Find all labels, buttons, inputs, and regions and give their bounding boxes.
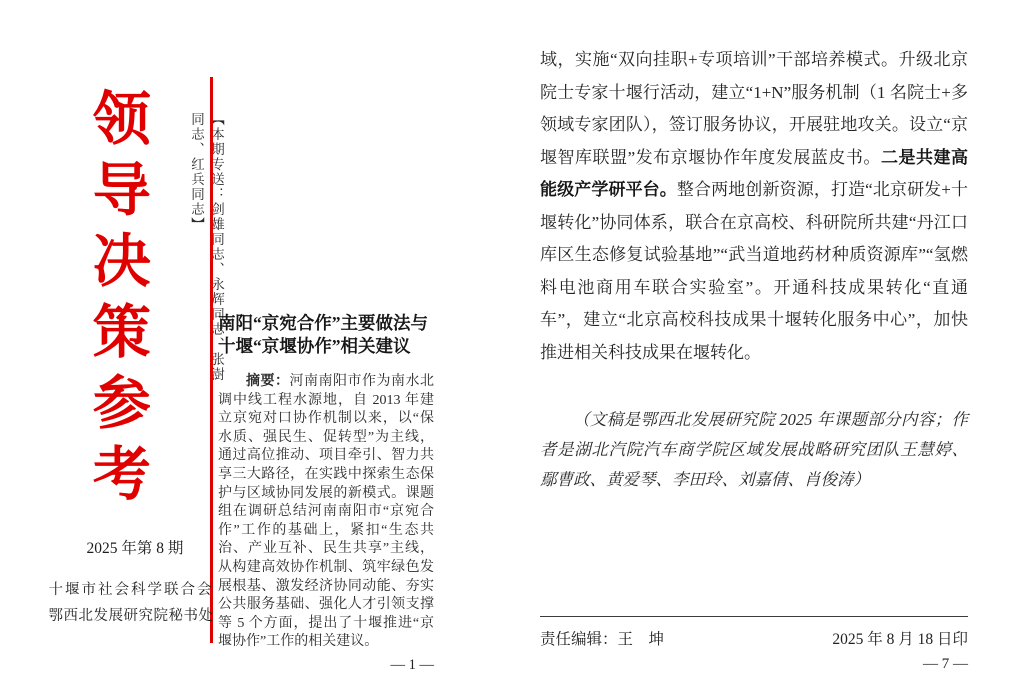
print-date: 2025 年 8 月 18 日印 — [832, 627, 968, 649]
article-title: 南阳“京宛合作”主要做法与 十堰“京堰协作”相关建议 — [218, 312, 434, 358]
publisher-block: 十堰市社会科学联合会 鄂西北发展研究院秘书处 — [42, 577, 220, 629]
publisher-line-2: 鄂西北发展研究院秘书处 — [42, 603, 220, 629]
article-column: 南阳“京宛合作”主要做法与 十堰“京堰协作”相关建议 摘要：河南南阳市作为南水北… — [218, 312, 434, 674]
vertical-divider-rule — [210, 77, 213, 643]
article-title-line-1: 南阳“京宛合作”主要做法与 — [218, 313, 428, 333]
abstract-label: 摘要： — [246, 374, 290, 389]
document-spread: 领导决策参考 【本期专送：剑雄同志、永辉同志、张澍同志、红兵同志】 2025 年… — [0, 0, 1013, 689]
article-title-line-2: 十堰“京堰协作”相关建议 — [218, 336, 411, 356]
editor-credit: 责任编辑：王 坤 — [540, 627, 664, 649]
text-run: 整合两地创新资源，打造“北京研发+十堰转化”协同体系，联合在京高校、科研院所共建… — [540, 180, 968, 362]
right-text-column: 域，实施“双向挂职+专项培训”干部培养模式。升级北京院士专家十堰行活动，建立“1… — [540, 44, 968, 495]
issue-number: 2025 年第 8 期 — [55, 536, 215, 558]
abstract-text: 河南南阳市作为南水北调中线工程水源地，自 2013 年建立京宛对口协作机制以来，… — [218, 374, 434, 649]
closing-note: （文稿是鄂西北发展研究院 2025 年课题部分内容；作者是湖北汽院汽车商学院区域… — [540, 405, 968, 495]
left-page-number: — 1 — — [218, 657, 434, 674]
footer-row: 责任编辑：王 坤 2025 年 8 月 18 日印 — [540, 617, 968, 649]
body-paragraph: 域，实施“双向挂职+专项培训”干部培养模式。升级北京院士专家十堰行活动，建立“1… — [540, 44, 968, 369]
article-abstract: 摘要：河南南阳市作为南水北调中线工程水源地，自 2013 年建立京宛对口协作机制… — [218, 373, 434, 652]
publication-title: 领导决策参考 — [82, 88, 149, 558]
publisher-line-1: 十堰市社会科学联合会 — [42, 577, 220, 603]
right-page-footer: 责任编辑：王 坤 2025 年 8 月 18 日印 — 7 — — [540, 616, 968, 673]
right-page-number: — 7 — — [540, 656, 968, 673]
